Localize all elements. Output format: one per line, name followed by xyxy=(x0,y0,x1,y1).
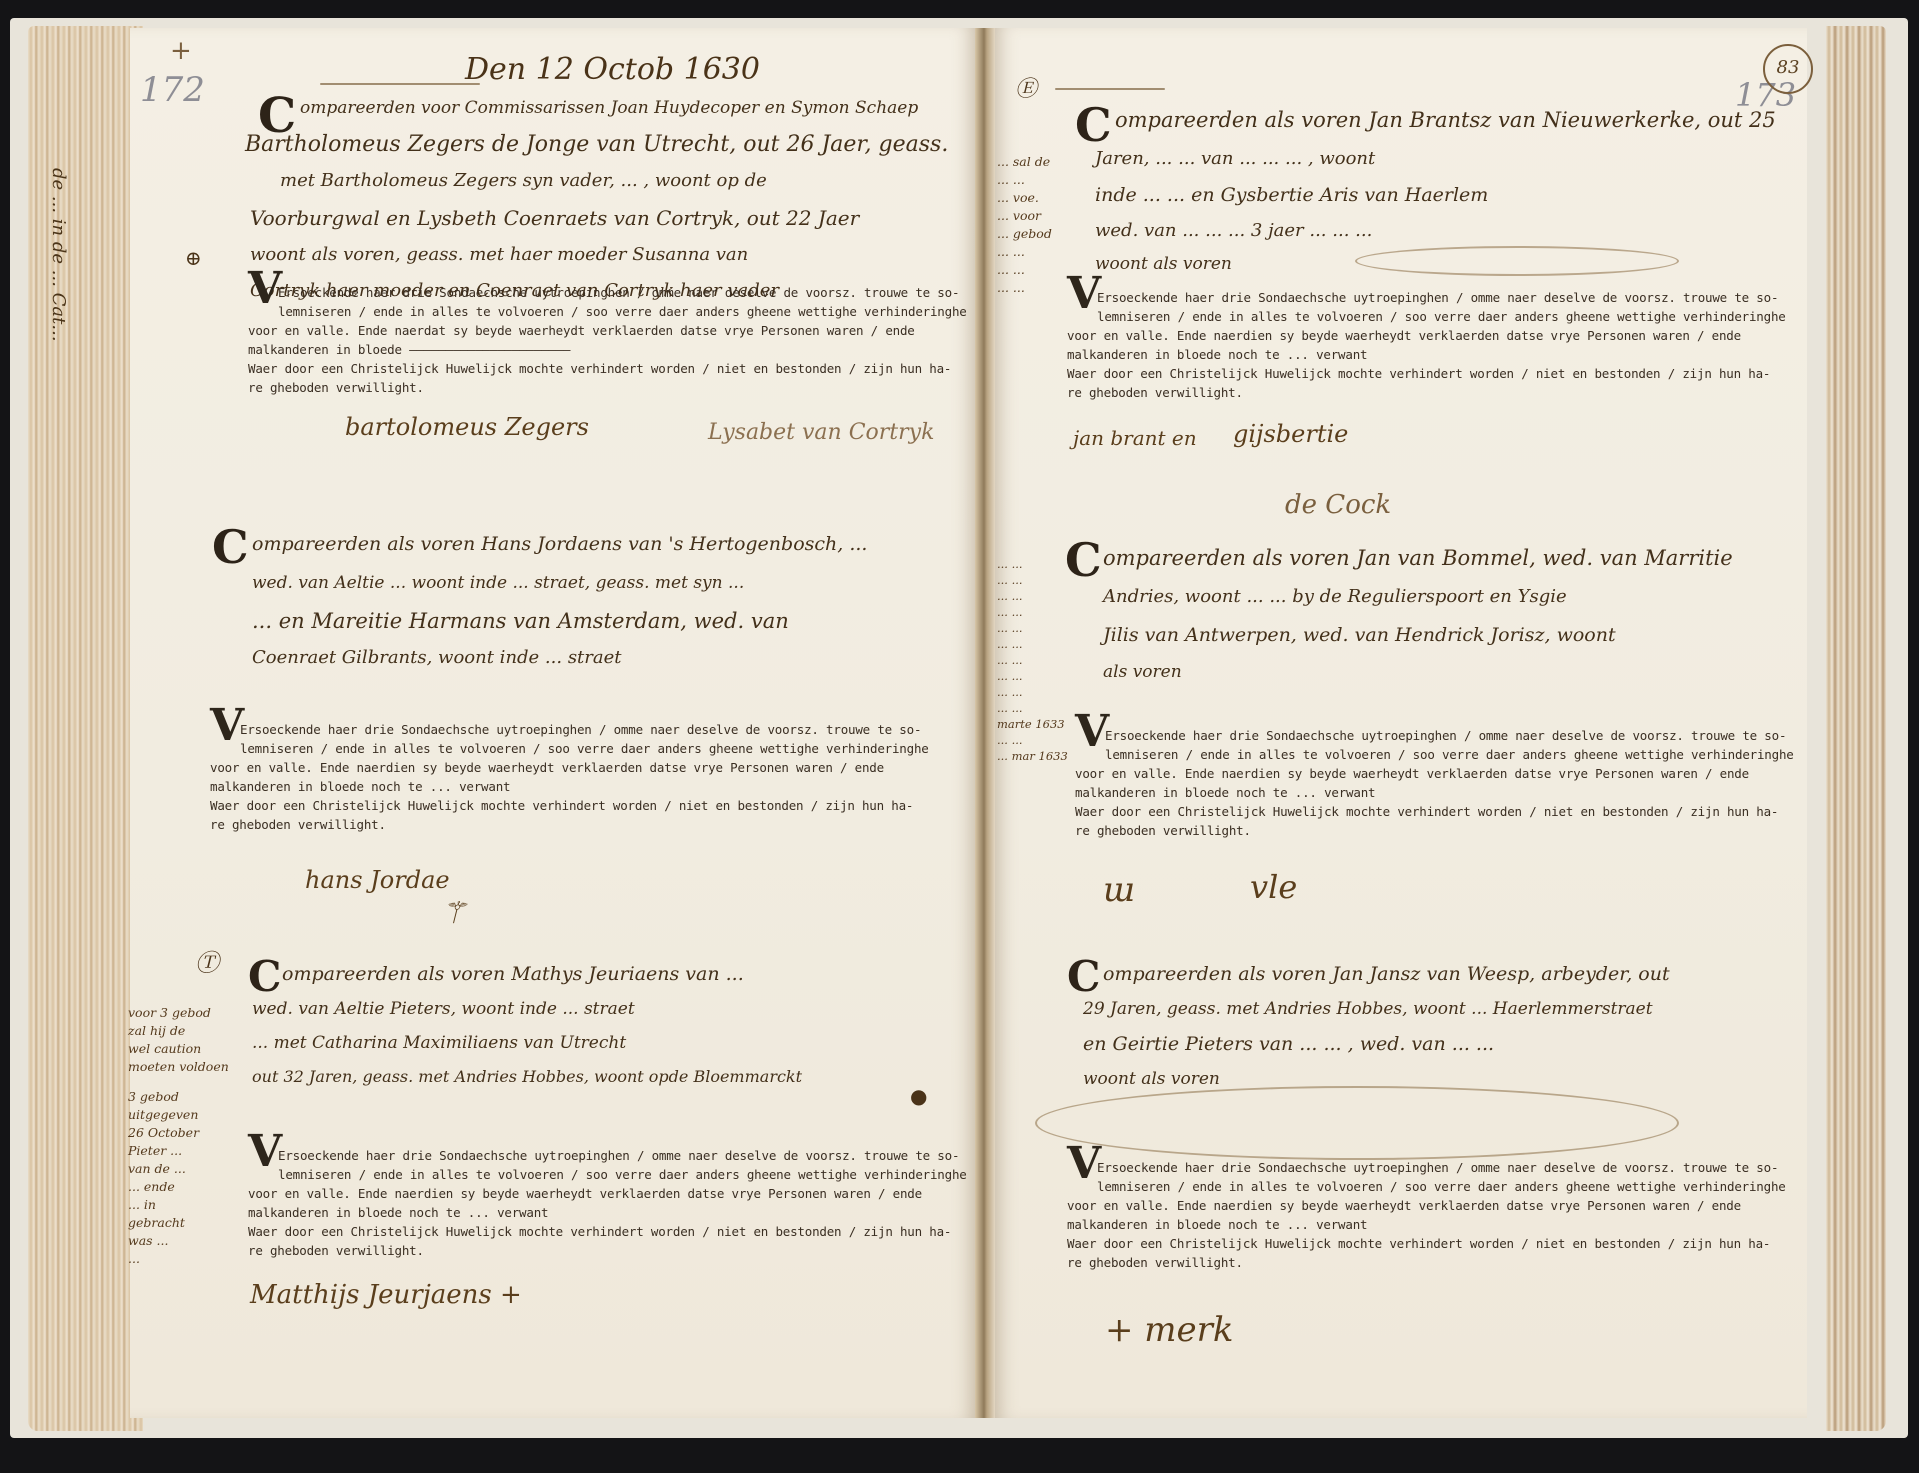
signature: Matthijs Jeurjaens + xyxy=(250,1280,522,1310)
flourish xyxy=(1035,1086,1679,1160)
formula-block: V Ersoeckende haer drie Sondaechsche uyt… xyxy=(240,720,929,834)
right-page: Ⓔ 173 83 C ompareerden als voren Jan Bra… xyxy=(995,28,1807,1418)
top-flourish xyxy=(1055,88,1165,90)
ink-blot: ● xyxy=(910,1084,927,1108)
open-ledger: de ... in de ... Cat... 172 + Den 12 Oct… xyxy=(10,18,1908,1463)
formula-initial: V xyxy=(210,716,244,735)
left-page-stack xyxy=(28,26,143,1431)
formula-block: V Ersoeckende haer drie Sondaechsche uyt… xyxy=(278,1146,967,1260)
circled-mark: Ⓣ xyxy=(195,943,219,978)
margin-mark: ⊕ xyxy=(185,246,202,270)
formula-initial: V xyxy=(248,1142,282,1161)
circled-folio: 83 xyxy=(1763,44,1813,94)
cross-mark: + xyxy=(170,36,192,66)
left-page: 172 + Den 12 Octob 1630 C ompareerden vo… xyxy=(130,28,975,1418)
entry-3-left: ompareerden als voren Mathys Jeuriaens v… xyxy=(282,963,802,1101)
margin-notes: voor 3 gebod zal hij de wel caution moet… xyxy=(128,1004,229,1268)
book-gutter xyxy=(975,28,995,1418)
formula-initial: V xyxy=(248,279,282,298)
signature: hans Jordae xyxy=(305,866,450,894)
formula-block: V Ersoeckende haer drie Sondaechsche uyt… xyxy=(278,283,967,397)
left-pencil-folio: 172 xyxy=(140,70,205,110)
flourish xyxy=(1355,246,1679,276)
entry-2-right: ompareerden als voren Jan van Bommel, we… xyxy=(1103,546,1733,696)
entry-initial: C xyxy=(1065,533,1102,587)
entry-initial: C xyxy=(248,952,281,1001)
entry-3-right: ompareerden als voren Jan Jansz van Wees… xyxy=(1103,963,1670,1103)
formula-block: V Ersoeckende haer drie Sondaechsche uyt… xyxy=(1097,1158,1786,1272)
left-edge-note: de ... in de ... Cat... xyxy=(48,168,69,342)
entry-initial: C xyxy=(1067,952,1100,1001)
margin-notes: ... ... ... ... ... ... ... ... ... ... … xyxy=(997,556,1068,764)
signature: bartolomeus Zegers xyxy=(345,413,589,441)
house-mark: ⚚ xyxy=(440,896,467,931)
formula-initial: V xyxy=(1075,722,1109,741)
formula-initial: V xyxy=(1067,1154,1101,1173)
signature: vle xyxy=(1250,868,1297,906)
date-flourish xyxy=(320,83,480,85)
annotation: de Cock xyxy=(1285,490,1391,520)
signature-mark: + merk xyxy=(1105,1310,1234,1350)
formula-initial: V xyxy=(1067,284,1101,303)
formula-block: V Ersoeckende haer drie Sondaechsche uyt… xyxy=(1105,726,1794,840)
top-mark: Ⓔ xyxy=(1015,72,1037,103)
entry-initial: C xyxy=(1075,98,1112,152)
signature: Lysabet van Cortryk xyxy=(708,420,934,445)
entry-2-left: ompareerden als voren Hans Jordaens van … xyxy=(252,533,867,683)
formula-block: V Ersoeckende haer drie Sondaechsche uyt… xyxy=(1097,288,1786,402)
right-page-stack xyxy=(1826,26,1886,1431)
margin-notes: ... sal de ... ... ... voe. ... voor ...… xyxy=(997,153,1052,297)
signature: ɯ xyxy=(1103,870,1135,910)
signature: gijsbertie xyxy=(1233,420,1348,448)
date-heading: Den 12 Octob 1630 xyxy=(465,52,760,87)
entry-initial: C xyxy=(212,520,249,574)
signature: jan brant en xyxy=(1073,426,1197,450)
